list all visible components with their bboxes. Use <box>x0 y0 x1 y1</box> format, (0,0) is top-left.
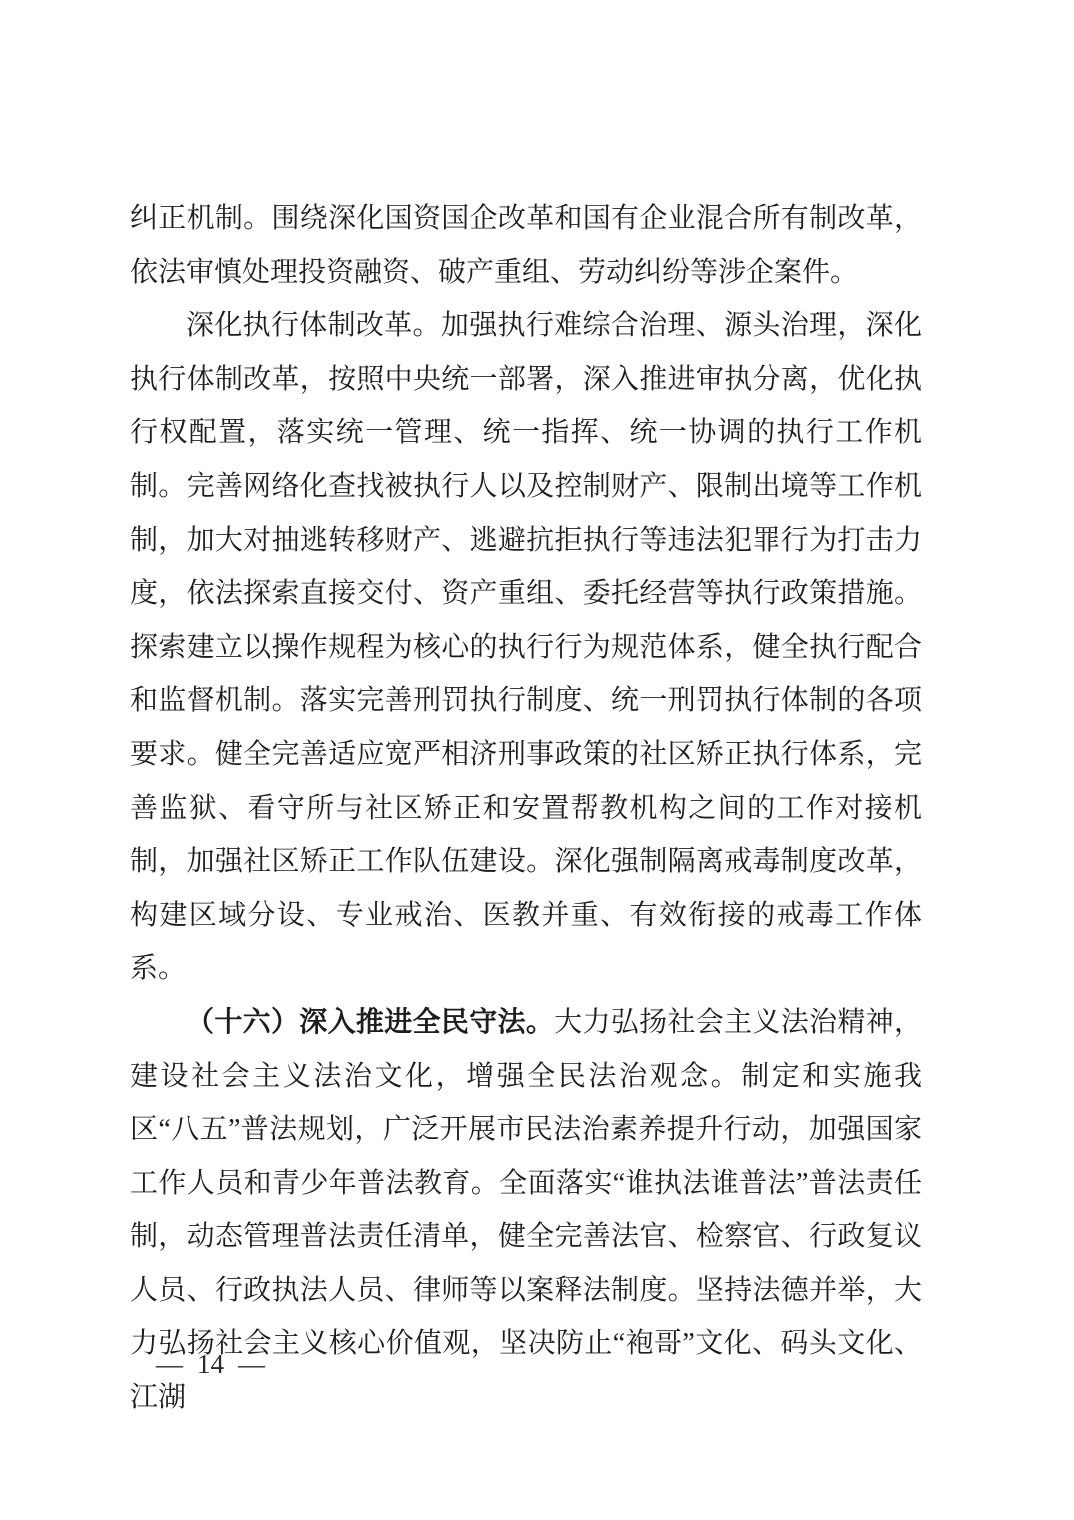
page-number: 14 <box>197 1346 224 1382</box>
page-body: 纠正机制。围绕深化国资国企改革和国有企业混合所有制改革，依法审慎处理投资融资、破… <box>130 192 922 1425</box>
page-footer: —14— <box>156 1346 265 1382</box>
section-16-heading: （十六）深入推进全民守法。 <box>186 1007 554 1038</box>
document-page: 纠正机制。围绕深化国资国企改革和国有企业混合所有制改革，依法审慎处理投资融资、破… <box>0 0 1074 1520</box>
paragraph-enforcement-reform: 深化执行体制改革。加强执行难综合治理、源头治理，深化执行体制改革，按照中央统一部… <box>130 299 922 996</box>
paragraph-continuation: 纠正机制。围绕深化国资国企改革和国有企业混合所有制改革，依法审慎处理投资融资、破… <box>130 192 922 299</box>
footer-dash-left: — <box>156 1349 183 1379</box>
footer-dash-right: — <box>238 1349 265 1379</box>
